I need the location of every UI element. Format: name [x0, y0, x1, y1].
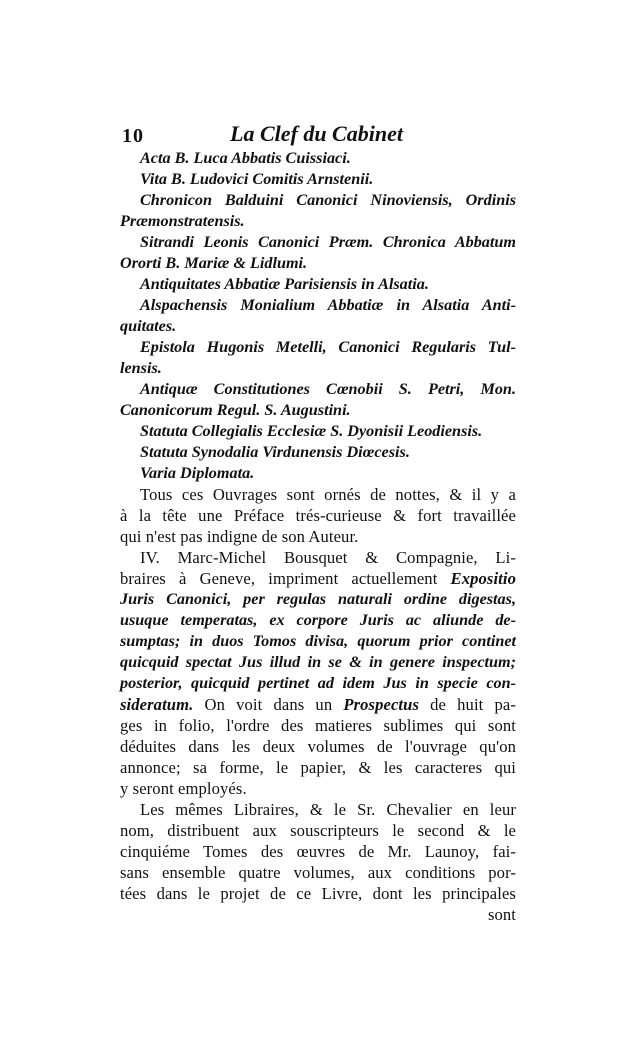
paragraph-line: quicquid spectat Jus illud in se & in ge… [120, 652, 516, 673]
running-head: 10 La Clef du Cabinet [120, 124, 516, 148]
paragraph-line: sideratum. On voit dans un Prospectus de… [120, 694, 516, 715]
list-item: Epistola Hugonis Metelli, Canonici Regul… [120, 337, 516, 358]
manuscript-list: Acta B. Luca Abbatis Cuissiaci. Vita B. … [120, 148, 516, 484]
list-item: Statuta Collegialis Ecclesiæ S. Dyonisii… [120, 421, 516, 442]
text-italic: Prospectus [343, 695, 419, 714]
paragraph-line: à la tête une Préface trés-curieuse & fo… [120, 505, 516, 526]
page-number: 10 [122, 124, 144, 148]
paragraph-line: qui n'est pas indigne de son Auteur. [120, 526, 516, 547]
paragraph-line: y seront employés. [120, 778, 516, 799]
text-roman: de huit pa- [419, 695, 516, 714]
text-italic: Expositio [451, 569, 516, 588]
list-item: Antiquæ Constitutiones Cœnobii S. Petri,… [120, 379, 516, 400]
list-item: Statuta Synodalia Virdunensis Diœcesis. [120, 442, 516, 463]
list-item: Vita B. Ludovici Comitis Arnstenii. [120, 169, 516, 190]
paragraph-line: tées dans le projet de ce Livre, dont le… [120, 883, 516, 904]
text-italic: sideratum. [120, 695, 193, 714]
list-item-continuation: Canonicorum Regul. S. Augustini. [120, 400, 516, 421]
paragraph-line: Tous ces Ouvrages sont ornés de nottes, … [120, 484, 516, 505]
paragraph-ouvrages: Tous ces Ouvrages sont ornés de nottes, … [120, 484, 516, 547]
list-item-continuation: quitates. [120, 316, 516, 337]
running-title: La Clef du Cabinet [230, 122, 403, 146]
list-item: Antiquitates Abbatiæ Parisiensis in Alsa… [120, 274, 516, 295]
catchword: sont [120, 904, 516, 925]
list-item: Chronicon Balduini Canonici Ninoviensis,… [120, 190, 516, 211]
paragraph-line: Les mêmes Libraires, & le Sr. Chevalier … [120, 799, 516, 820]
paragraph-line: nom, distribuent aux souscripteurs le se… [120, 820, 516, 841]
paragraph-line: sumptas; in duos Tomos divisa, quorum pr… [120, 631, 516, 652]
paragraph-libraires: Les mêmes Libraires, & le Sr. Chevalier … [120, 799, 516, 904]
paragraph-line: Juris Canonici, per regulas naturali ord… [120, 589, 516, 610]
book-page: 10 La Clef du Cabinet Acta B. Luca Abbat… [120, 124, 516, 925]
paragraph-line: ges in folio, l'ordre des matieres subli… [120, 715, 516, 736]
paragraph-line: usuque temperatas, ex corpore Juris ac a… [120, 610, 516, 631]
list-item-continuation: Ororti B. Mariæ & Lidlumi. [120, 253, 516, 274]
list-item-continuation: lensis. [120, 358, 516, 379]
paragraph-bousquet: IV. Marc-Michel Bousquet & Compagnie, Li… [120, 547, 516, 799]
paragraph-line: posterior, quicquid pertinet ad idem Jus… [120, 673, 516, 694]
list-item: Varia Diplomata. [120, 463, 516, 484]
paragraph-line: annonce; sa forme, le papier, & les cara… [120, 757, 516, 778]
paragraph-line: IV. Marc-Michel Bousquet & Compagnie, Li… [120, 547, 516, 568]
paragraph-line: déduites dans les deux volumes de l'ouvr… [120, 736, 516, 757]
list-item: Sitrandi Leonis Canonici Præm. Chronica … [120, 232, 516, 253]
list-item: Acta B. Luca Abbatis Cuissiaci. [120, 148, 516, 169]
text-roman: On voit dans un [193, 695, 343, 714]
paragraph-line: braires à Geneve, impriment actuellement… [120, 568, 516, 589]
list-item-continuation: Præmonstratensis. [120, 211, 516, 232]
list-item: Alspachensis Monialium Abbatiæ in Alsati… [120, 295, 516, 316]
paragraph-line: sans ensemble quatre volumes, aux condit… [120, 862, 516, 883]
paragraph-line: cinquiéme Tomes des œuvres de Mr. Launoy… [120, 841, 516, 862]
text-roman: braires à Geneve, impriment actuellement [120, 569, 451, 588]
